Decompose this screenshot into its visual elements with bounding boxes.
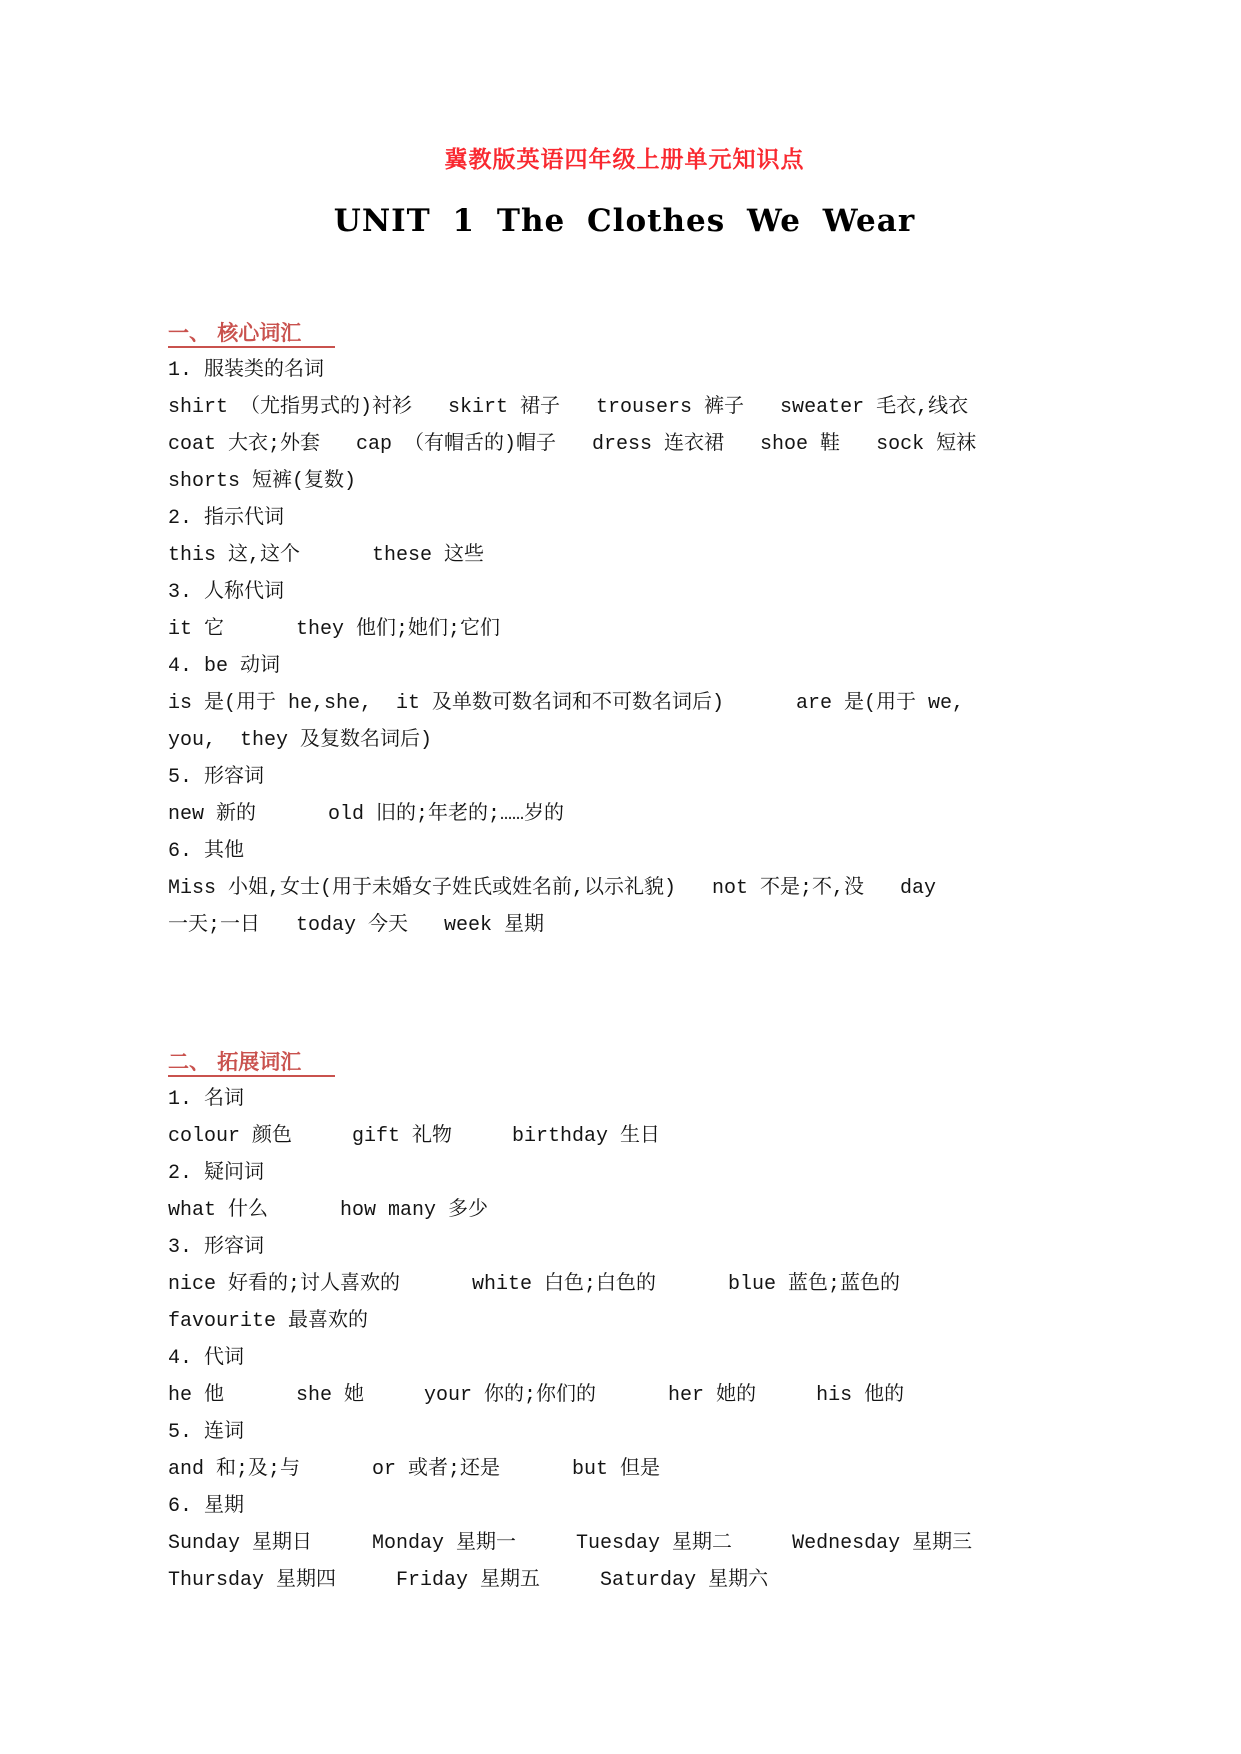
text-line: 3. 形容词: [168, 1229, 1081, 1266]
section-heading-core-text: 一、 核心词汇: [168, 321, 335, 348]
section-extended-vocab: 二、 拓展词汇 1. 名词 colour 颜色 gift 礼物 birthday…: [168, 1044, 1081, 1599]
text-line: colour 颜色 gift 礼物 birthday 生日: [168, 1118, 1081, 1155]
text-line: nice 好看的;讨人喜欢的 white 白色;白色的 blue 蓝色;蓝色的: [168, 1266, 1081, 1303]
text-line: shirt （尤指男式的)衬衫 skirt 裙子 trousers 裤子 swe…: [168, 389, 1081, 426]
text-line: 5. 形容词: [168, 759, 1081, 796]
text-line: shorts 短裤(复数): [168, 463, 1081, 500]
doc-title: 冀教版英语四年级上册单元知识点: [168, 146, 1081, 175]
text-line: 2. 指示代词: [168, 500, 1081, 537]
section-heading-core: 一、 核心词汇: [168, 315, 1081, 352]
text-line: 5. 连词: [168, 1414, 1081, 1451]
text-line: 3. 人称代词: [168, 574, 1081, 611]
section-heading-extended: 二、 拓展词汇: [168, 1044, 1081, 1081]
text-line: 2. 疑问词: [168, 1155, 1081, 1192]
document-page: 冀教版英语四年级上册单元知识点 UNIT 1 The Clothes We We…: [0, 0, 1241, 1754]
section-heading-extended-text: 二、 拓展词汇: [168, 1050, 335, 1077]
text-line: what 什么 how many 多少: [168, 1192, 1081, 1229]
text-line: 一天;一日 today 今天 week 星期: [168, 907, 1081, 944]
text-line: 4. be 动词: [168, 648, 1081, 685]
text-line: 4. 代词: [168, 1340, 1081, 1377]
text-line: Thursday 星期四 Friday 星期五 Saturday 星期六: [168, 1562, 1081, 1599]
text-line: 6. 星期: [168, 1488, 1081, 1525]
text-line: new 新的 old 旧的;年老的;……岁的: [168, 796, 1081, 833]
section-core-vocab: 一、 核心词汇 1. 服装类的名词 shirt （尤指男式的)衬衫 skirt …: [168, 315, 1081, 944]
text-line: coat 大衣;外套 cap （有帽舌的)帽子 dress 连衣裙 shoe 鞋…: [168, 426, 1081, 463]
unit-title: UNIT 1 The Clothes We Wear: [168, 201, 1081, 241]
text-line: Miss 小姐,女士(用于未婚女子姓氏或姓名前,以示礼貌) not 不是;不,没…: [168, 870, 1081, 907]
text-line: 1. 名词: [168, 1081, 1081, 1118]
text-line: 1. 服装类的名词: [168, 352, 1081, 389]
text-line: you, they 及复数名词后): [168, 722, 1081, 759]
text-line: he 他 she 她 your 你的;你们的 her 她的 his 他的: [168, 1377, 1081, 1414]
text-line: favourite 最喜欢的: [168, 1303, 1081, 1340]
text-line: it 它 they 他们;她们;它们: [168, 611, 1081, 648]
text-line: is 是(用于 he,she, it 及单数可数名词和不可数名词后) are 是…: [168, 685, 1081, 722]
text-line: Sunday 星期日 Monday 星期一 Tuesday 星期二 Wednes…: [168, 1525, 1081, 1562]
text-line: 6. 其他: [168, 833, 1081, 870]
text-line: and 和;及;与 or 或者;还是 but 但是: [168, 1451, 1081, 1488]
text-line: this 这,这个 these 这些: [168, 537, 1081, 574]
